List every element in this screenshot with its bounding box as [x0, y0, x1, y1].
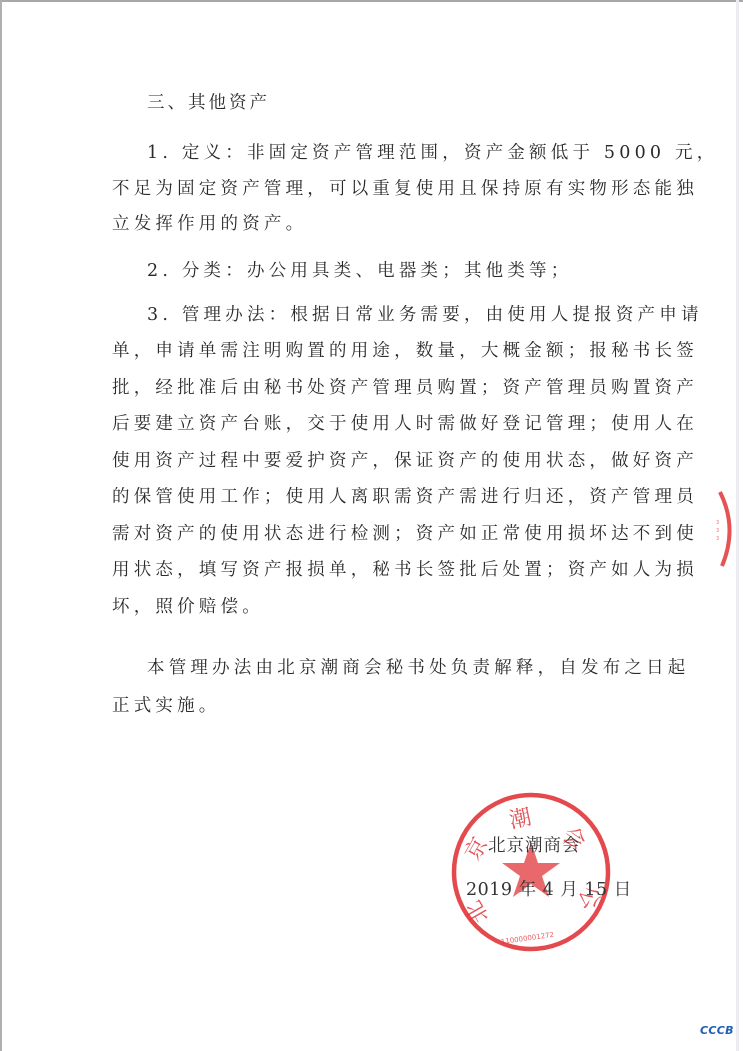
svg-text:潮: 潮 — [507, 805, 534, 834]
paragraph-line: 1. 定义：非固定资产管理范围，资产金额低于 5000 元， — [147, 142, 718, 164]
paragraph-line: 用状态，填写资产报损单，秘书长签批后处置；资产如人为损 — [112, 559, 698, 581]
svg-text:3: 3 — [716, 528, 719, 534]
paragraph-line: 本管理办法由北京潮商会秘书处负责解释，自发布之日起 — [147, 657, 690, 679]
svg-text:110000001272: 110000001272 — [500, 931, 554, 946]
paragraph-line: 坏，照价赔偿。 — [112, 596, 264, 618]
page-border-top — [0, 0, 743, 2]
svg-text:3: 3 — [716, 536, 719, 542]
section-heading: 三、其他资产 — [147, 92, 270, 114]
signature-date: 2019 年 4 月 15 日 — [466, 876, 632, 901]
paragraph-line: 需对资产的使用状态进行检测；资产如正常使用损坏达不到使 — [112, 523, 698, 545]
paragraph-line: 2. 分类：办公用具类、电器类；其他类等； — [147, 260, 572, 282]
paragraph-line: 批，经批准后由秘书处资产管理员购置；资产管理员购置资产 — [112, 377, 698, 399]
svg-text:3: 3 — [716, 520, 719, 526]
paragraph-line: 不足为固定资产管理，可以重复使用且保持原有实物形态能独 — [112, 178, 698, 200]
paragraph-line: 3. 管理办法：根据日常业务需要，由使用人提报资产申请 — [147, 304, 703, 326]
paragraph-line: 的保管使用工作；使用人离职需资产需进行归还，资产管理员 — [112, 486, 698, 508]
signature-organization: 北京潮商会 — [488, 832, 581, 857]
paragraph-line: 使用资产过程中要爱护资产，保证资产的使用状态，做好资产 — [112, 450, 698, 472]
seam-seal-fragment: 333 — [712, 488, 742, 568]
cccb-logo: CCCB — [700, 1024, 734, 1037]
paragraph-line: 单，申请单需注明购置的用途，数量，大概金额；报秘书长签 — [112, 340, 698, 362]
paragraph-line: 立发挥作用的资产。 — [112, 213, 307, 235]
paragraph-line: 正式实施。 — [112, 695, 221, 717]
page-border-left — [0, 0, 2, 1051]
official-seal-stamp: 京 潮 会 公 北 110000001272 — [449, 790, 613, 954]
paragraph-line: 后要建立资产台账，交于使用人时需做好登记管理；使用人在 — [112, 413, 698, 435]
